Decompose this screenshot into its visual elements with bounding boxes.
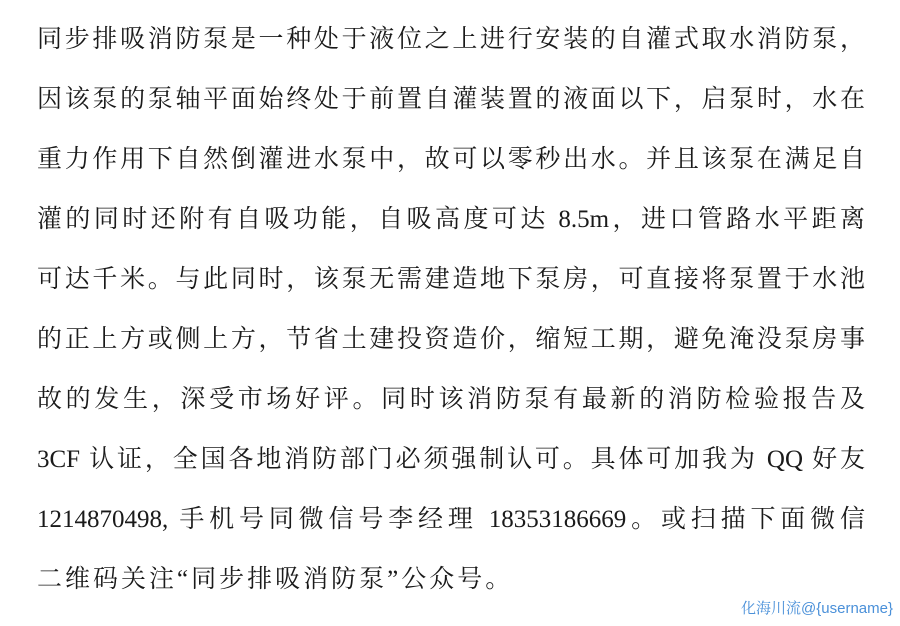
text-line: 同步排吸消防泵是一种处于液位之上进行安装的自灌式取水消防泵， xyxy=(37,10,865,70)
document-page: 同步排吸消防泵是一种处于液位之上进行安装的自灌式取水消防泵， 因该泵的泵轴平面始… xyxy=(37,10,865,610)
text-line: 重力作用下自然倒灌进水泵中，故可以零秒出水。并且该泵在满足自 xyxy=(37,130,865,190)
text-line: 1214870498, 手机号同微信号李经理 18353186669。或扫描下面… xyxy=(37,490,865,550)
text-line: 故的发生，深受市场好评。同时该消防泵有最新的消防检验报告及 xyxy=(37,370,865,430)
text-line: 3CF 认证，全国各地消防部门必须强制认可。具体可加我为 QQ 好友 xyxy=(37,430,865,490)
text-line: 可达千米。与此同时，该泵无需建造地下泵房，可直接将泵置于水池 xyxy=(37,250,865,310)
text-line: 的正上方或侧上方，节省土建投资造价，缩短工期，避免淹没泵房事 xyxy=(37,310,865,370)
watermark: 化海川流@{username} xyxy=(741,597,893,618)
text-line: 灌的同时还附有自吸功能，自吸高度可达 8.5m，进口管路水平距离 xyxy=(37,190,865,250)
text-line: 因该泵的泵轴平面始终处于前置自灌装置的液面以下，启泵时，水在 xyxy=(37,70,865,130)
